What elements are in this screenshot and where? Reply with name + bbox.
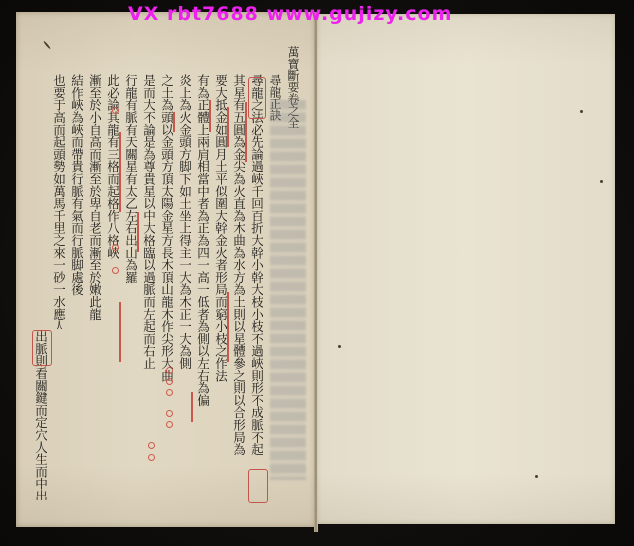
text-column: 炎上為火金頭方脚下如土坐上得主一大為木正一大為側 (178, 74, 191, 504)
red-circle-mark (148, 442, 155, 449)
text-column: 尋龍之法必先論過峽千回百折大幹小幹大枝小枝不過峽則形不成脈不起 (250, 74, 263, 504)
red-underline-mark (245, 102, 247, 162)
red-box-annotation (32, 330, 52, 366)
red-underline-mark (227, 292, 229, 362)
red-underline-mark (173, 112, 175, 132)
red-underline-mark (227, 107, 229, 147)
red-underline-mark (191, 392, 193, 422)
show-through-ink (270, 100, 306, 480)
text-column: 要大抵金如圓月土平似圍大幹金火者形局而窮小枝之作法 (214, 74, 227, 504)
red-circle-mark (112, 244, 119, 251)
red-circle-mark (148, 454, 155, 461)
red-underline-mark (137, 212, 139, 252)
watermark-text: VX rbt7688 www.gujizy.com (128, 3, 452, 25)
red-circle-mark (166, 378, 173, 385)
paper-speck (580, 110, 583, 113)
red-underline-mark (119, 302, 121, 362)
red-circle-mark (166, 421, 173, 428)
red-underline-mark (209, 100, 211, 132)
text-column: 也要于高而起頭勢如萬馬千里之來一砂一水應人之地 (52, 74, 65, 329)
text-column: 之土為頭以金頭方頂太陽金星方長木頂山龍木作尖形大曲 (160, 74, 173, 504)
red-underline-mark (119, 132, 121, 212)
red-box-annotation (248, 77, 266, 119)
paper-speck (600, 180, 603, 183)
paper-speck (338, 345, 341, 348)
text-column: 漸至於小自高而漸至於卑自老而漸至於嫩此龍 (88, 74, 101, 504)
red-circle-mark (166, 410, 173, 417)
text-column: 其星有五圓為金尖為火直為木曲為水方為土則以星體參之則以合形局為 (232, 74, 245, 504)
text-column: 此必論其龍有三格而起格作八格峽 (106, 74, 119, 504)
red-circle-mark (112, 267, 119, 274)
right-page (317, 14, 615, 524)
red-circle-mark (166, 367, 173, 374)
text-column: 是而大不論是為尊貴星以中大格臨以過脈而左起而右止 (142, 74, 155, 504)
red-box-annotation (248, 469, 268, 503)
text-column: 結作峽為峽而帶貴行脈有氣而行脈脚處後 (70, 74, 83, 504)
text-column: 行龍有脈有天關星有太乙左右出山為羅 (124, 74, 137, 504)
red-circle-mark (166, 389, 173, 396)
paper-speck (535, 475, 538, 478)
red-circle-mark (112, 107, 119, 114)
text-column: 有為正體上兩肩相當中者為正為四一高一低者為側以左右為偏 (196, 74, 209, 504)
